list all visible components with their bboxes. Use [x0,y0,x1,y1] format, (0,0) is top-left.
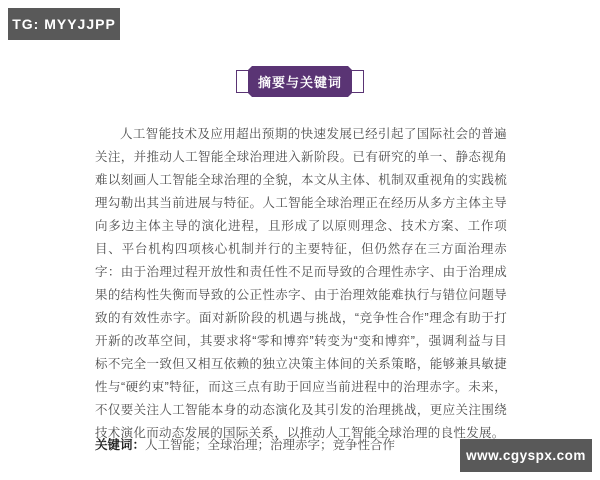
section-title-plaque: 摘要与关键词 [248,66,352,97]
tg-channel-badge-label: TG: MYYJJPP [12,16,116,32]
keywords-line: 关键词：人工智能；全球治理；治理赤字；竞争性合作 [95,436,507,454]
watermark-badge: www.cgyspx.com [460,439,592,472]
abstract-paragraph: 人工智能技术及应用超出预期的快速发展已经引起了国际社会的普遍关注，并推动人工智能… [95,123,507,445]
watermark-url: www.cgyspx.com [466,448,586,463]
section-title-badge: 摘要与关键词 [236,66,364,97]
keywords-values: 人工智能；全球治理；治理赤字；竞争性合作 [145,438,395,452]
tg-channel-badge: TG: MYYJJPP [8,8,120,40]
section-title: 摘要与关键词 [258,72,342,91]
keywords-label: 关键词： [95,438,145,452]
